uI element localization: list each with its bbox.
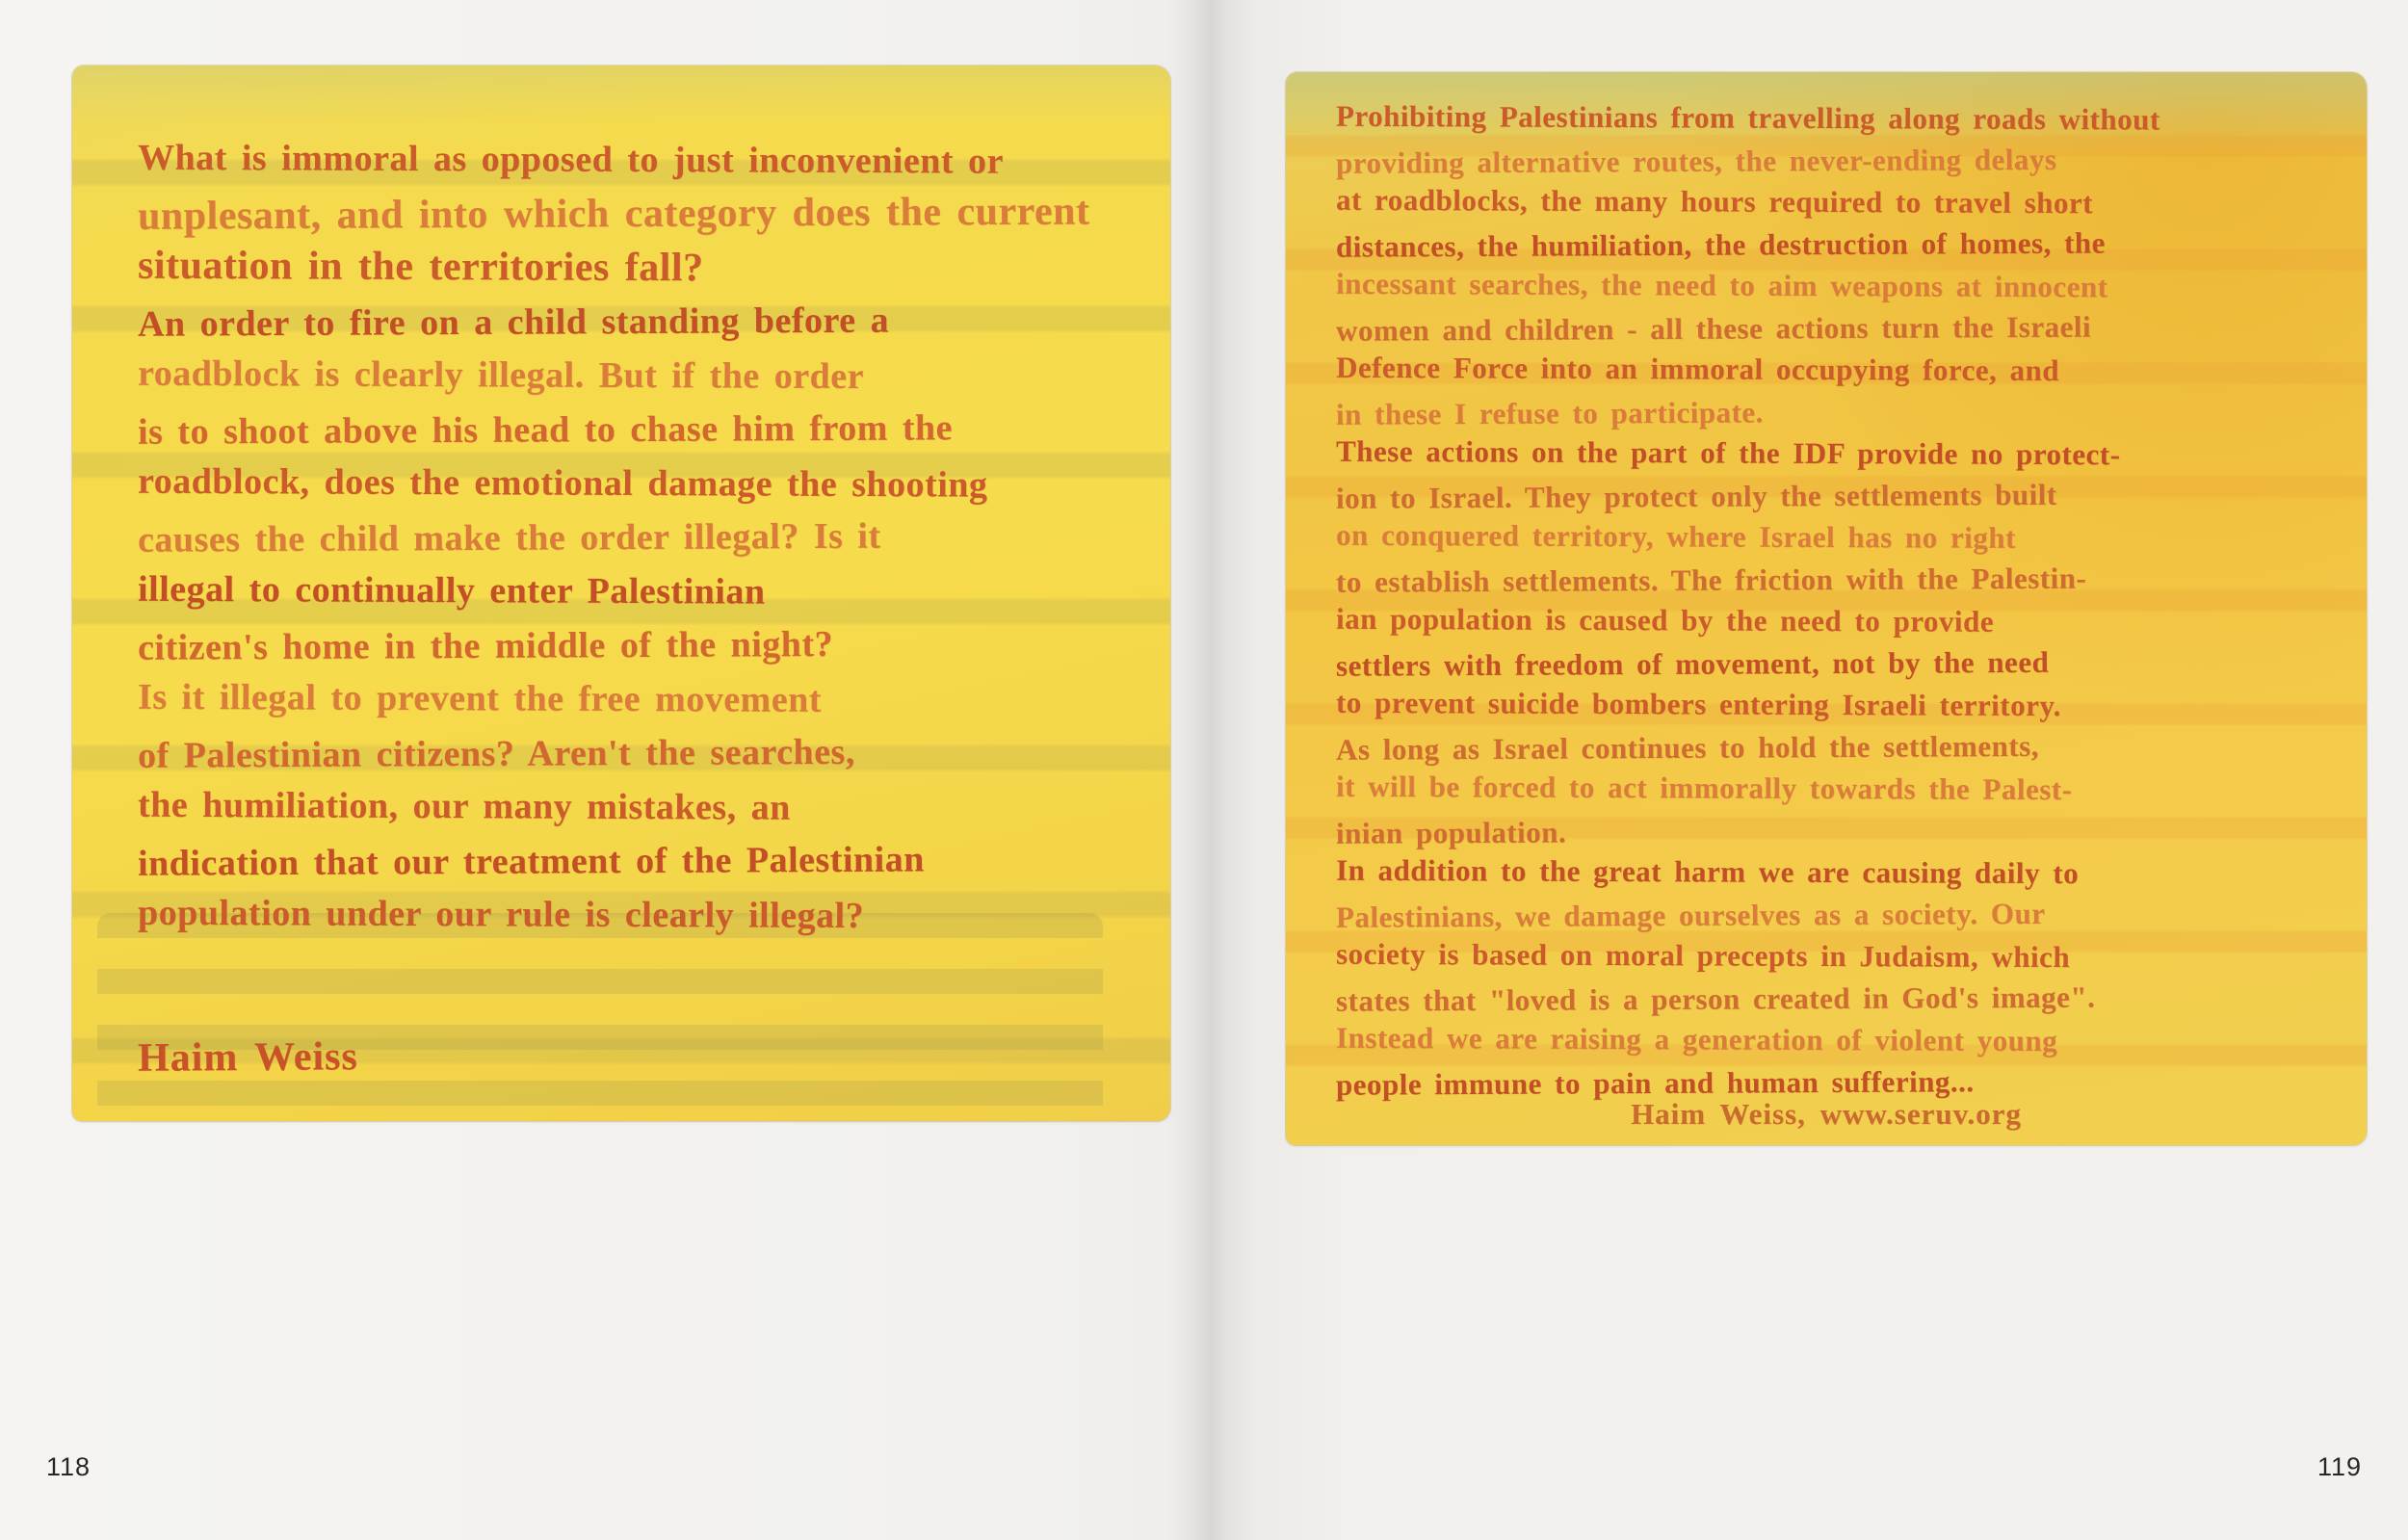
painting-text-line: to establish settlements. The friction w… bbox=[1336, 556, 2328, 603]
painting-text-line: society is based on moral precepts in Ju… bbox=[1336, 933, 2328, 979]
painting-text-line: What is immoral as opposed to just incon… bbox=[138, 131, 1139, 190]
painting-text-line: Prohibiting Palestinians from travelling… bbox=[1336, 95, 2328, 142]
painting-text-line: These actions on the part of the IDF pro… bbox=[1336, 431, 2328, 477]
page-number-right: 119 bbox=[2317, 1452, 2362, 1482]
book-spread: What is immoral as opposed to just incon… bbox=[0, 0, 2408, 1540]
painting-text-line: illegal to continually enter Palestinian bbox=[138, 562, 1139, 621]
painting-text-line: unplesant, and into which category does … bbox=[138, 184, 1139, 243]
painting-text-line: women and children - all these actions t… bbox=[1336, 304, 2328, 352]
painting-text-line: As long as Israel continues to hold the … bbox=[1336, 723, 2328, 770]
painting-text-line: it will be forced to act immorally towar… bbox=[1336, 766, 2328, 812]
painting-text-line: Palestinians, we damage ourselves as a s… bbox=[1336, 891, 2328, 938]
painting-text-line: situation in the territories fall? bbox=[138, 239, 1139, 298]
painting-text-line: inian population. bbox=[1336, 807, 2328, 854]
painting-text-line: distances, the humiliation, the destruct… bbox=[1336, 221, 2328, 268]
right-watercolor-painting: Prohibiting Palestinians from travelling… bbox=[1286, 72, 2367, 1145]
painting-text-line: roadblock, does the emotional damage the… bbox=[138, 455, 1139, 513]
painting-text-line: An order to fire on a child standing bef… bbox=[138, 292, 1139, 351]
painting-text-line: in these I refuse to participate. bbox=[1336, 388, 2328, 435]
painting-text-line: states that "loved is a person created i… bbox=[1336, 975, 2328, 1022]
painting-text-line: ian population is caused by the need to … bbox=[1336, 598, 2328, 644]
left-watercolor-painting: What is immoral as opposed to just incon… bbox=[72, 65, 1170, 1121]
painting-text-line: incessant searches, the need to aim weap… bbox=[1336, 263, 2328, 309]
painting-text-line: Is it illegal to prevent the free moveme… bbox=[138, 670, 1139, 729]
page-number-left: 118 bbox=[46, 1452, 91, 1482]
painting-text-line: Defence Force into an immoral occupying … bbox=[1336, 347, 2328, 393]
painting-text-line: citizen's home in the middle of the nigh… bbox=[138, 615, 1139, 674]
painting-text-line: In addition to the great harm we are cau… bbox=[1336, 849, 2328, 896]
painting-text-line: on conquered territory, where Israel has… bbox=[1336, 514, 2328, 561]
left-signature: Haim Weiss bbox=[138, 1033, 358, 1082]
painting-text-line: at roadblocks, the many hours required t… bbox=[1336, 179, 2328, 225]
painting-text-line: the humiliation, our many mistakes, an bbox=[138, 778, 1139, 837]
painting-text-line: settlers with freedom of movement, not b… bbox=[1336, 639, 2328, 687]
painting-text-line: is to shoot above his head to chase him … bbox=[138, 400, 1139, 458]
painting-text-line: ion to Israel. They protect only the set… bbox=[1336, 472, 2328, 519]
painting-text-line: roadblock is clearly illegal. But if the… bbox=[138, 347, 1139, 405]
painting-text-line: indication that our treatment of the Pal… bbox=[138, 831, 1139, 890]
book-gutter bbox=[1165, 0, 1252, 1540]
right-painting-text: Prohibiting Palestinians from travelling… bbox=[1336, 97, 2328, 1103]
left-painting-text: What is immoral as opposed to just incon… bbox=[138, 133, 1139, 942]
painting-text-line: providing alternative routes, the never-… bbox=[1336, 137, 2328, 184]
right-signature: Haim Weiss, www.seruv.org bbox=[1286, 1097, 2367, 1132]
painting-text-line: to prevent suicide bombers entering Isra… bbox=[1336, 682, 2328, 728]
painting-text-line: of Palestinian citizens? Aren't the sear… bbox=[138, 723, 1139, 782]
painting-text-line: population under our rule is clearly ill… bbox=[138, 886, 1139, 945]
painting-text-line: causes the child make the order illegal?… bbox=[138, 508, 1139, 566]
painting-text-line: Instead we are raising a generation of v… bbox=[1336, 1017, 2328, 1063]
